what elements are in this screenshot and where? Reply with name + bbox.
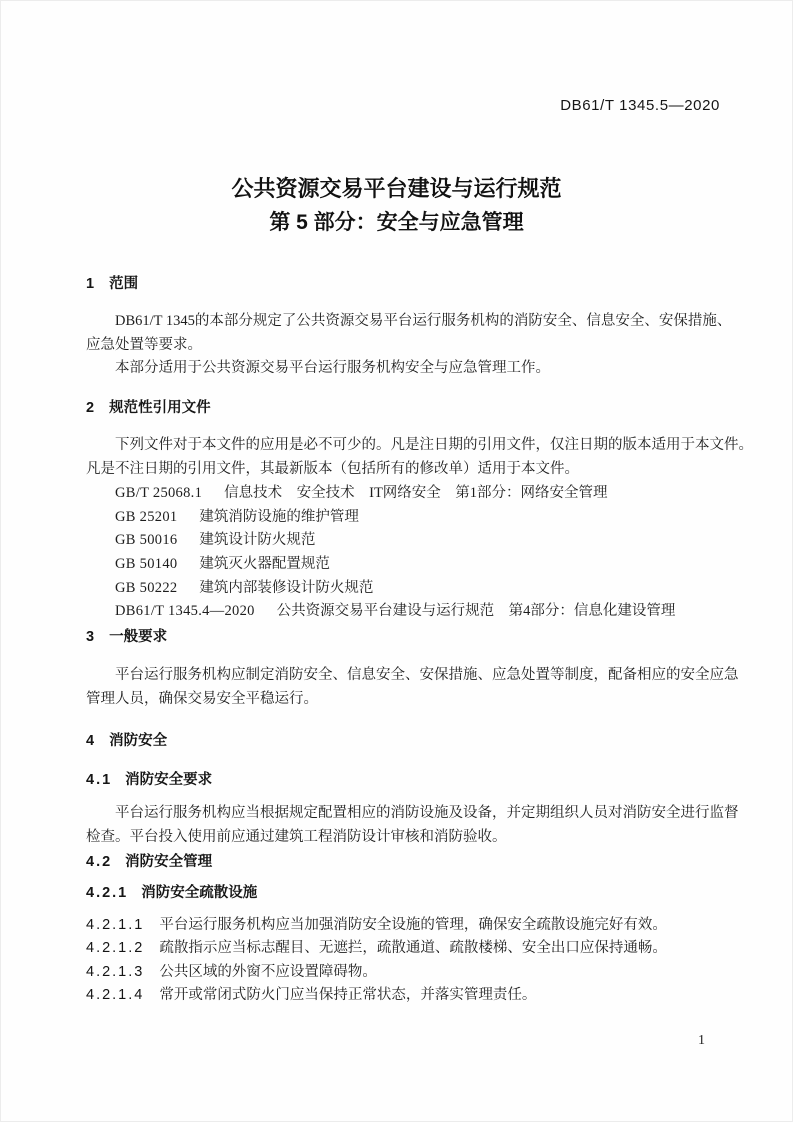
reference-title: 信息技术 安全技术 IT网络安全 第1部分：网络安全管理 <box>224 485 607 501</box>
section-1-heading: 1范围 <box>86 275 138 293</box>
reference-item: GB 50222建筑内部装修设计防火规范 <box>86 578 373 598</box>
section-4-1-title: 消防安全要求 <box>125 772 212 788</box>
section-2-title: 规范性引用文件 <box>109 400 211 416</box>
section-4-1-heading: 4.1消防安全要求 <box>86 771 212 789</box>
reference-title: 公共资源交易平台建设与运行规范 第4部分：信息化建设管理 <box>277 603 676 619</box>
section-1-title: 范围 <box>109 276 138 292</box>
section-4-2-1-title: 消防安全疏散设施 <box>141 885 257 901</box>
doc-title-line1: 公共资源交易平台建设与运行规范 <box>1 172 792 203</box>
clause-number: 4.2.1.3 <box>86 964 144 980</box>
paragraph-line: 管理人员，确保交易安全平稳运行。 <box>86 689 318 709</box>
section-4-title: 消防安全 <box>109 733 167 749</box>
paragraph-line: 平台运行服务机构应当根据规定配置相应的消防设施及设备，并定期组织人员对消防安全进… <box>86 803 739 823</box>
reference-item: GB 25201建筑消防设施的维护管理 <box>86 507 359 527</box>
doc-code: DB61/T 1345.5—2020 <box>560 97 720 114</box>
paragraph-line: 下列文件对于本文件的应用是必不可少的。凡是注日期的引用文件，仅注日期的版本适用于… <box>86 435 753 455</box>
reference-code: GB 50140 <box>115 556 177 572</box>
clause-number: 4.2.1.4 <box>86 987 144 1003</box>
reference-code: DB61/T 1345.4—2020 <box>115 603 255 619</box>
clause-item: 4.2.1.3公共区域的外窗不应设置障碍物。 <box>86 962 377 982</box>
clause-text: 疏散指示应当标志醒目、无遮拦，疏散通道、疏散楼梯、安全出口应保持通畅。 <box>159 940 667 956</box>
reference-title: 建筑灭火器配置规范 <box>199 556 330 572</box>
clause-text: 公共区域的外窗不应设置障碍物。 <box>159 964 377 980</box>
clause-item: 4.2.1.4常开或常闭式防火门应当保持正常状态，并落实管理责任。 <box>86 985 536 1005</box>
reference-code: GB 50222 <box>115 580 177 596</box>
reference-title: 建筑设计防火规范 <box>199 532 315 548</box>
clause-item: 4.2.1.2疏散指示应当标志醒目、无遮拦，疏散通道、疏散楼梯、安全出口应保持通… <box>86 938 667 958</box>
section-4-heading: 4消防安全 <box>86 732 167 750</box>
reference-title: 建筑消防设施的维护管理 <box>199 509 359 525</box>
page-number: 1 <box>698 1033 705 1049</box>
reference-item: DB61/T 1345.4—2020公共资源交易平台建设与运行规范 第4部分：信… <box>86 601 675 621</box>
section-4-1-number: 4.1 <box>86 771 112 789</box>
section-3-number: 3 <box>86 628 96 646</box>
clause-number: 4.2.1.1 <box>86 917 144 933</box>
paragraph-line: 凡是不注日期的引用文件，其最新版本（包括所有的修改单）适用于本文件。 <box>86 459 579 479</box>
clause-text: 平台运行服务机构应当加强消防安全设施的管理，确保安全疏散设施完好有效。 <box>159 917 667 933</box>
clause-item: 4.2.1.1平台运行服务机构应当加强消防安全设施的管理，确保安全疏散设施完好有… <box>86 915 667 935</box>
reference-item: GB 50016建筑设计防火规范 <box>86 530 315 550</box>
reference-code: GB/T 25068.1 <box>115 485 202 501</box>
section-3-title: 一般要求 <box>109 629 167 645</box>
section-1-number: 1 <box>86 275 96 293</box>
paragraph-line: 检查。平台投入使用前应通过建筑工程消防设计审核和消防验收。 <box>86 827 507 847</box>
section-3-heading: 3一般要求 <box>86 628 167 646</box>
section-4-number: 4 <box>86 732 96 750</box>
reference-code: GB 25201 <box>115 509 177 525</box>
section-4-2-title: 消防安全管理 <box>125 854 212 870</box>
section-4-2-1-number: 4.2.1 <box>86 884 128 902</box>
paragraph-line: 本部分适用于公共资源交易平台运行服务机构安全与应急管理工作。 <box>86 358 550 378</box>
section-4-2-heading: 4.2消防安全管理 <box>86 853 212 871</box>
section-2-number: 2 <box>86 399 96 417</box>
doc-title-line2: 第 5 部分：安全与应急管理 <box>1 206 792 236</box>
paragraph-line: 应急处置等要求。 <box>86 335 202 355</box>
paragraph-line: DB61/T 1345的本部分规定了公共资源交易平台运行服务机构的消防安全、信息… <box>86 311 731 331</box>
paragraph-line: 平台运行服务机构应制定消防安全、信息安全、安保措施、应急处置等制度，配备相应的安… <box>86 665 739 685</box>
reference-code: GB 50016 <box>115 532 177 548</box>
document-page: DB61/T 1345.5—2020 公共资源交易平台建设与运行规范 第 5 部… <box>0 0 793 1122</box>
clause-number: 4.2.1.2 <box>86 940 144 956</box>
section-2-heading: 2规范性引用文件 <box>86 399 211 417</box>
section-4-2-1-heading: 4.2.1消防安全疏散设施 <box>86 884 257 902</box>
reference-title: 建筑内部装修设计防火规范 <box>199 580 373 596</box>
clause-text: 常开或常闭式防火门应当保持正常状态，并落实管理责任。 <box>159 987 536 1003</box>
reference-item: GB/T 25068.1信息技术 安全技术 IT网络安全 第1部分：网络安全管理 <box>86 483 608 503</box>
section-4-2-number: 4.2 <box>86 853 112 871</box>
reference-item: GB 50140建筑灭火器配置规范 <box>86 554 330 574</box>
